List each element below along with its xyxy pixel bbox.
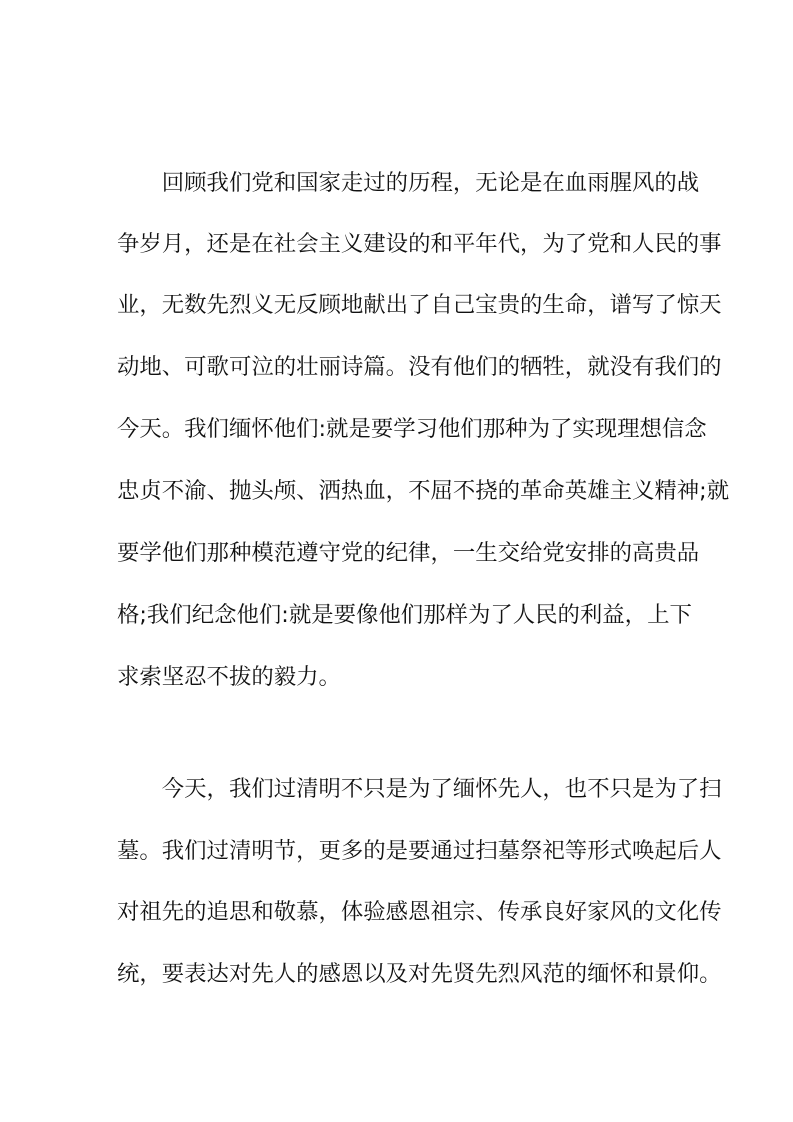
text-line: 今天，我们过清明不只是为了缅怀先人，也不只是为了扫 bbox=[117, 774, 679, 804]
text-line: 墓。我们过清明节，更多的是要通过扫墓祭祀等形式唤起后人 bbox=[117, 836, 679, 866]
text-line: 格;我们纪念他们:就是要像他们那样为了人民的利益，上下 bbox=[117, 600, 679, 630]
text-line: 忠贞不渝、抛头颅、洒热血，不屈不挠的革命英雄主义精神;就 bbox=[117, 476, 679, 506]
text-line: 争岁月，还是在社会主义建设的和平年代，为了党和人民的事 bbox=[117, 229, 679, 259]
text-line: 求索坚忍不拔的毅力。 bbox=[117, 662, 679, 692]
text-line: 统，要表达对先人的感恩以及对先贤先烈风范的缅怀和景仰。 bbox=[117, 959, 679, 989]
document-page: 回顾我们党和国家走过的历程，无论是在血雨腥风的战 争岁月，还是在社会主义建设的和… bbox=[0, 0, 793, 1122]
text-line: 业，无数先烈义无反顾地献出了自己宝贵的生命，谱写了惊天 bbox=[117, 290, 679, 320]
text-line: 动地、可歌可泣的壮丽诗篇。没有他们的牺牲，就没有我们的 bbox=[117, 352, 679, 382]
text-line: 对祖先的追思和敬慕，体验感恩祖宗、传承良好家风的文化传 bbox=[117, 897, 679, 927]
text-line: 回顾我们党和国家走过的历程，无论是在血雨腥风的战 bbox=[117, 168, 679, 198]
text-line: 今天。我们缅怀他们:就是要学习他们那种为了实现理想信念 bbox=[117, 414, 679, 444]
text-line: 要学他们那种模范遵守党的纪律，一生交给党安排的高贵品 bbox=[117, 538, 679, 568]
